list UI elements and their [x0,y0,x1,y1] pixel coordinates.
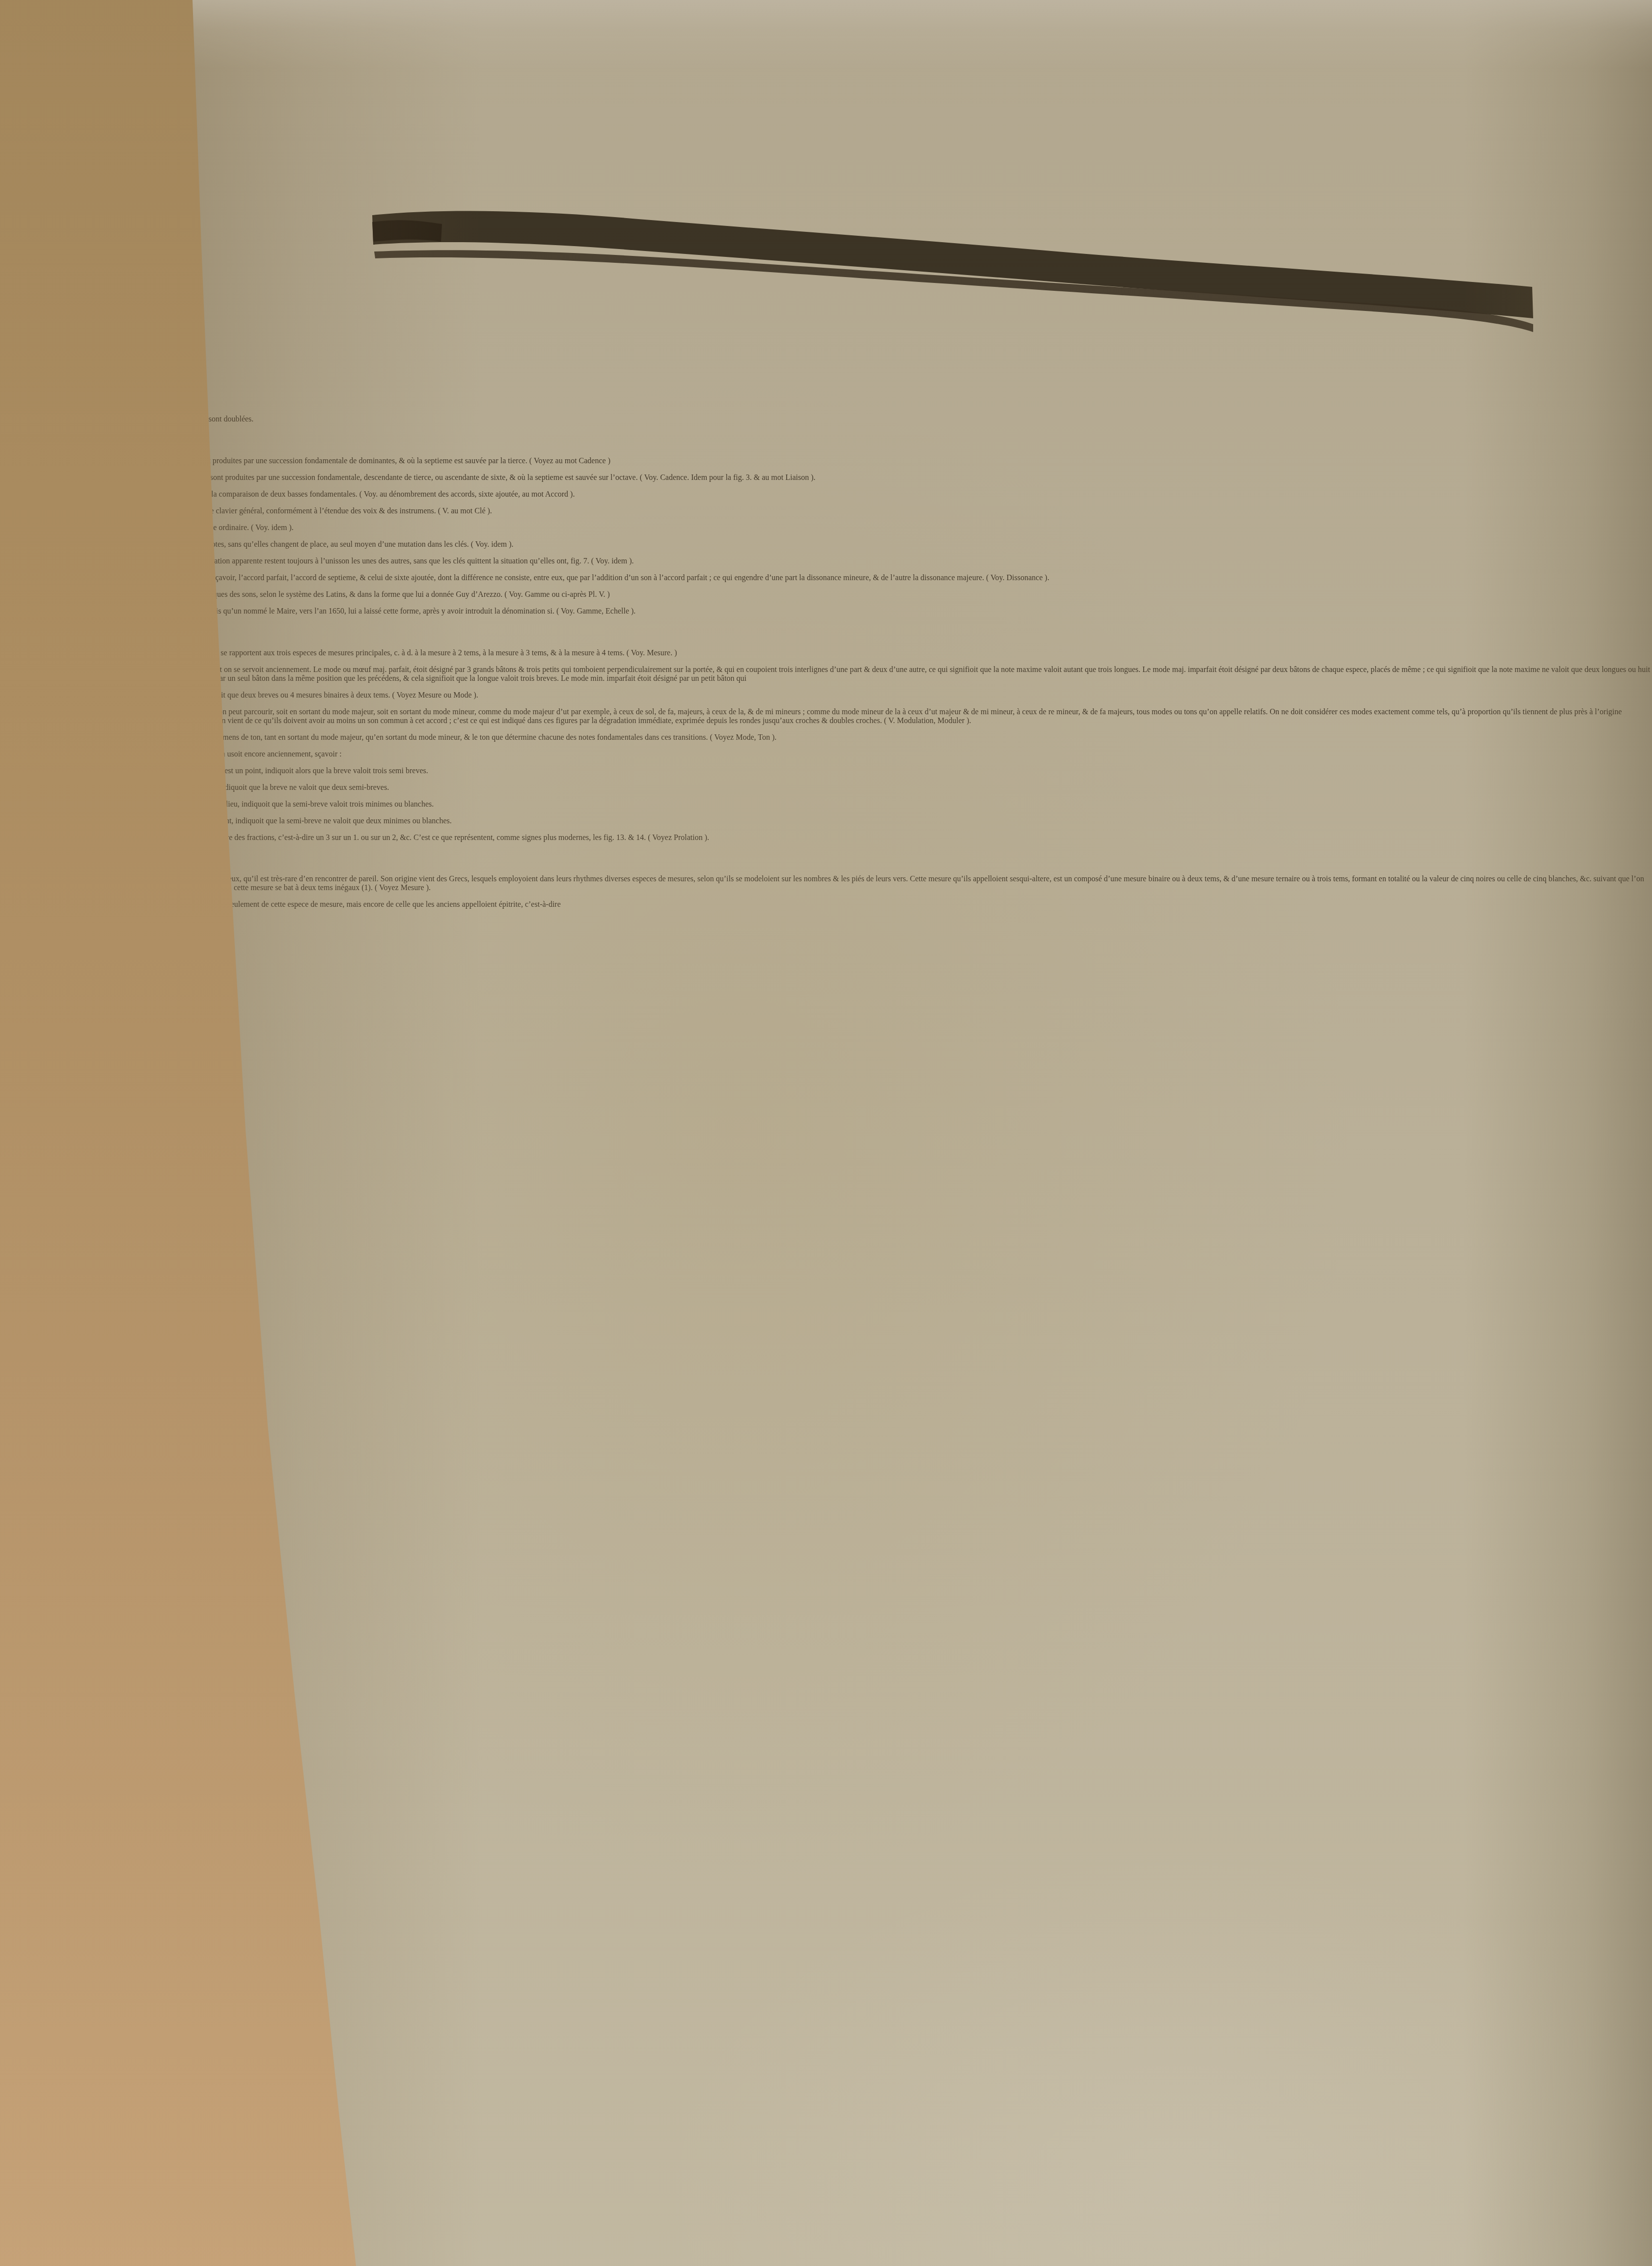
scanned-book-page: MUSIQUE, Contenant 19 Planches, y compri… [0,0,1652,2266]
flyleaf-edge-shadow [0,0,1652,2266]
